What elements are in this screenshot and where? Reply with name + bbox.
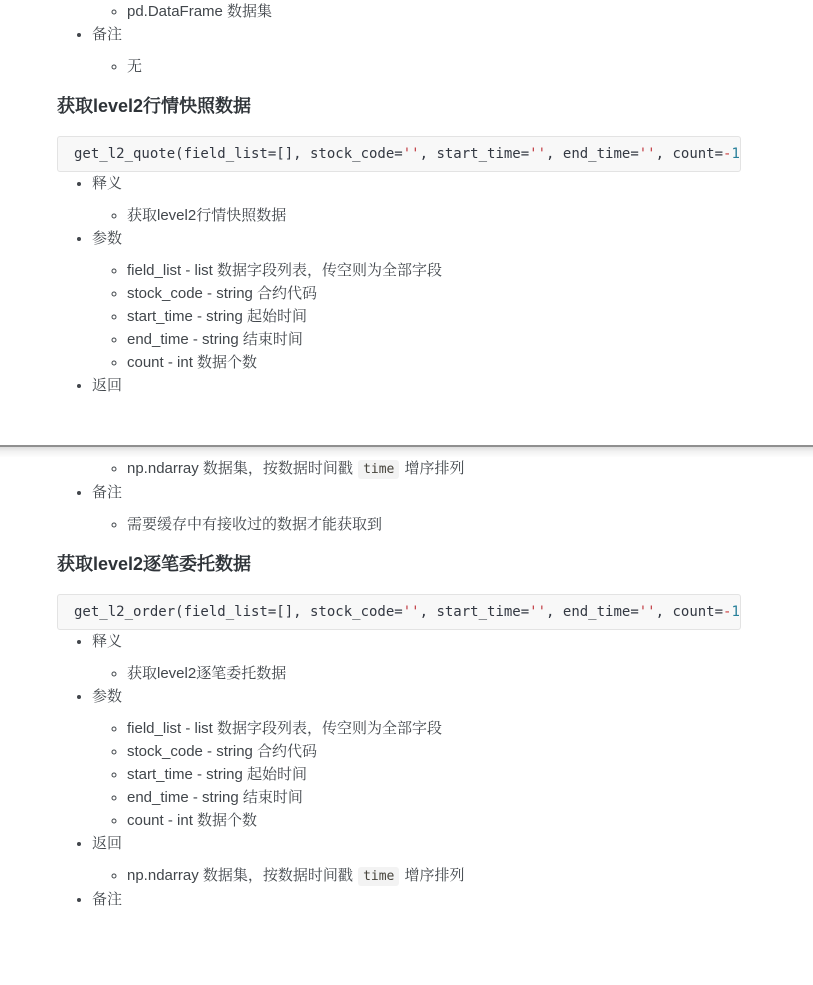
list-item-params: 参数 field_list - list 数据字段列表，传空则为全部字段 sto… bbox=[92, 227, 741, 374]
sublist-shiyi: 获取level2逐笔委托数据 bbox=[92, 662, 741, 685]
sublist-return-value: pd.DataFrame 数据集 bbox=[92, 0, 741, 23]
sublist-note: 无 bbox=[92, 55, 741, 78]
sublist-return-value: np.ndarray 数据集，按数据时间戳 time 增序排列 bbox=[92, 457, 741, 481]
sublist-note: 需要缓存中有接收过的数据才能获取到 bbox=[92, 513, 741, 536]
code-string: '' bbox=[529, 604, 546, 620]
list-item-shiyi: 释义 获取level2行情快照数据 bbox=[92, 172, 741, 227]
return-desc-post: 增序排列 bbox=[400, 460, 464, 477]
list-item-dataframe-value: pd.DataFrame 数据集 bbox=[127, 0, 741, 23]
list-item-return-value: np.ndarray 数据集，按数据时间戳 time 增序排列 bbox=[127, 457, 741, 481]
list-quote-details: 释义 获取level2行情快照数据 参数 field_list - list 数… bbox=[57, 172, 741, 397]
code-string: '' bbox=[403, 604, 420, 620]
list-item-note-value: 需要缓存中有接收过的数据才能获取到 bbox=[127, 513, 741, 536]
code-block-get-l2-quote: get_l2_quote(field_list=[], stock_code='… bbox=[57, 136, 741, 172]
list-item-return-continued: np.ndarray 数据集，按数据时间戳 time 增序排列 bbox=[92, 457, 741, 481]
code-number: 1 bbox=[731, 146, 739, 162]
sublist-shiyi: 获取level2行情快照数据 bbox=[92, 204, 741, 227]
list-item-param-start-time: start_time - string 起始时间 bbox=[127, 305, 741, 328]
list-item-shiyi: 释义 获取level2逐笔委托数据 bbox=[92, 630, 741, 685]
code-text: , end_time= bbox=[546, 604, 639, 620]
list-item-return: 返回 bbox=[92, 374, 741, 397]
return-desc-pre: np.ndarray 数据集，按数据时间戳 bbox=[127, 867, 357, 884]
return-desc-pre: np.ndarray 数据集，按数据时间戳 bbox=[127, 460, 357, 477]
params-label: 参数 bbox=[92, 688, 122, 705]
code-text: , count= bbox=[656, 604, 723, 620]
code-string: '' bbox=[529, 146, 546, 162]
code-string: '' bbox=[639, 604, 656, 620]
inline-code-time: time bbox=[358, 867, 399, 886]
return-label: 返回 bbox=[92, 377, 122, 394]
code-text: , count= bbox=[656, 146, 723, 162]
code-string: '' bbox=[639, 146, 656, 162]
list-item-note: 备注 bbox=[92, 888, 741, 911]
code-number: 1 bbox=[731, 604, 739, 620]
list-item-param-stock-code: stock_code - string 合约代码 bbox=[127, 740, 741, 763]
list-item-param-end-time: end_time - string 结束时间 bbox=[127, 328, 741, 351]
list-item-param-field-list: field_list - list 数据字段列表，传空则为全部字段 bbox=[127, 717, 741, 740]
list-item-param-stock-code: stock_code - string 合约代码 bbox=[127, 282, 741, 305]
note-label: 备注 bbox=[92, 891, 122, 908]
list-item-shiyi-desc: 获取level2逐笔委托数据 bbox=[127, 662, 741, 685]
shiyi-label: 释义 bbox=[92, 175, 122, 192]
list-item-param-count: count - int 数据个数 bbox=[127, 809, 741, 832]
sublist-return-value: np.ndarray 数据集，按数据时间戳 time 增序排列 bbox=[92, 864, 741, 888]
code-text: ) bbox=[740, 146, 741, 162]
code-text: , end_time= bbox=[546, 146, 639, 162]
sublist-params: field_list - list 数据字段列表，传空则为全部字段 stock_… bbox=[92, 717, 741, 832]
list-item-param-start-time: start_time - string 起始时间 bbox=[127, 763, 741, 786]
code-block-get-l2-order: get_l2_order(field_list=[], stock_code='… bbox=[57, 594, 741, 630]
list-item-return-continued: pd.DataFrame 数据集 bbox=[92, 0, 741, 23]
code-text: , start_time= bbox=[420, 604, 530, 620]
list-top-continuation: pd.DataFrame 数据集 备注 无 bbox=[57, 0, 741, 78]
note-label: 备注 bbox=[92, 26, 122, 43]
params-label: 参数 bbox=[92, 230, 122, 247]
shiyi-label: 释义 bbox=[92, 633, 122, 650]
return-label: 返回 bbox=[92, 835, 122, 852]
list-item-note-value: 无 bbox=[127, 55, 741, 78]
code-text: get_l2_quote(field_list=[], stock_code= bbox=[74, 146, 403, 162]
list-item-note: 备注 需要缓存中有接收过的数据才能获取到 bbox=[92, 481, 741, 536]
list-item-return-value: np.ndarray 数据集，按数据时间戳 time 增序排列 bbox=[127, 864, 741, 888]
code-string: '' bbox=[403, 146, 420, 162]
page-seam-divider bbox=[0, 445, 813, 457]
inline-code-time: time bbox=[358, 460, 399, 479]
section-heading-get-l2-order: 获取level2逐笔委托数据 bbox=[57, 553, 741, 575]
code-text: , start_time= bbox=[420, 146, 530, 162]
list-order-details: 释义 获取level2逐笔委托数据 参数 field_list - list 数… bbox=[57, 630, 741, 911]
code-text: get_l2_order(field_list=[], stock_code= bbox=[74, 604, 403, 620]
list-item-params: 参数 field_list - list 数据字段列表，传空则为全部字段 sto… bbox=[92, 685, 741, 832]
list-item-param-count: count - int 数据个数 bbox=[127, 351, 741, 374]
code-text: ) bbox=[740, 604, 741, 620]
section-heading-get-l2-quote: 获取level2行情快照数据 bbox=[57, 95, 741, 117]
list-item-return: 返回 np.ndarray 数据集，按数据时间戳 time 增序排列 bbox=[92, 832, 741, 888]
code-line-get-l2-quote: get_l2_quote(field_list=[], stock_code='… bbox=[74, 146, 741, 162]
list-item-note: 备注 无 bbox=[92, 23, 741, 78]
doc-content: pd.DataFrame 数据集 备注 无 获取level2行情快照数据 get… bbox=[0, 0, 813, 911]
list-item-param-end-time: end_time - string 结束时间 bbox=[127, 786, 741, 809]
list-item-param-field-list: field_list - list 数据字段列表，传空则为全部字段 bbox=[127, 259, 741, 282]
note-label: 备注 bbox=[92, 484, 122, 501]
sublist-params: field_list - list 数据字段列表，传空则为全部字段 stock_… bbox=[92, 259, 741, 374]
list-item-shiyi-desc: 获取level2行情快照数据 bbox=[127, 204, 741, 227]
code-line-get-l2-order: get_l2_order(field_list=[], stock_code='… bbox=[74, 604, 741, 620]
list-return-continuation: np.ndarray 数据集，按数据时间戳 time 增序排列 备注 需要缓存中… bbox=[57, 457, 741, 536]
return-desc-post: 增序排列 bbox=[400, 867, 464, 884]
